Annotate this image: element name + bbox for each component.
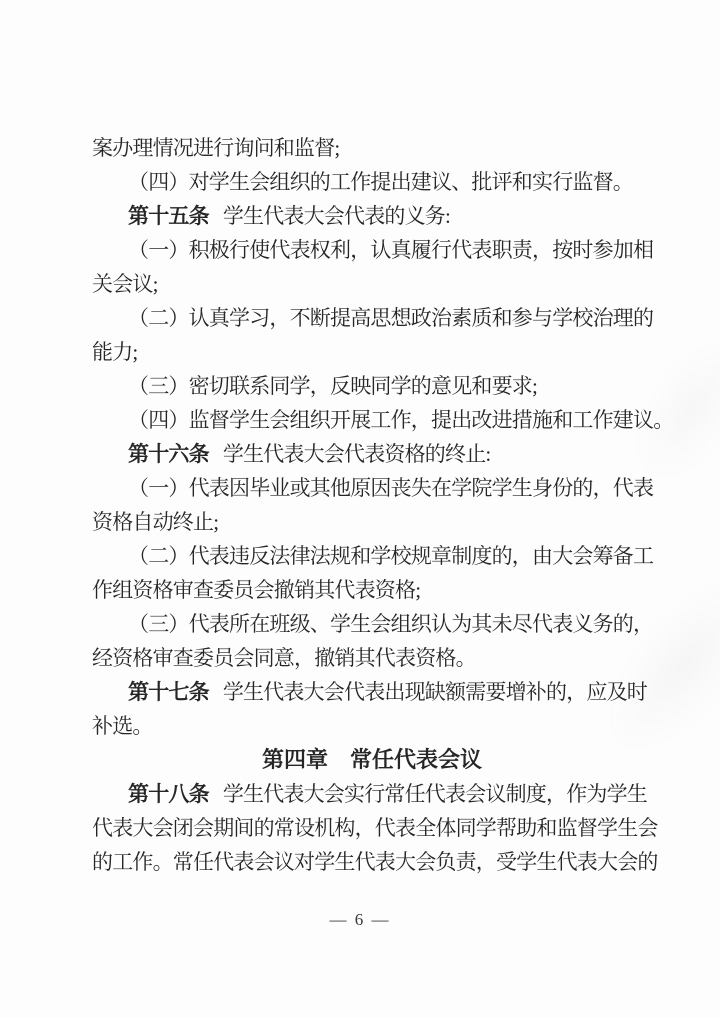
line-text: 作组资格审查委员会撤销其代表资格; [92, 578, 420, 602]
line-text: 代表大会闭会期间的常设机构，代表全体同学帮助和监督学生会 [92, 816, 658, 840]
article-number: 第十六条 [128, 442, 209, 466]
paragraph-line: 代表大会闭会期间的常设机构，代表全体同学帮助和监督学生会 [92, 811, 652, 845]
line-text: （二）认真学习，不断提高思想政治素质和参与学校治理的 [128, 306, 653, 330]
line-text: 关会议; [92, 272, 158, 296]
paragraph-line: 补选。 [92, 709, 652, 743]
paragraph-line: 的工作。常任代表会议对学生代表大会负责，受学生代表大会的 [92, 845, 652, 879]
paragraph-line: （一）积极行使代表权利，认真履行代表职责，按时参加相 [92, 233, 652, 267]
paragraph-line: 经资格审查委员会同意，撤销其代表资格。 [92, 641, 652, 675]
paragraph-line: （二）代表违反法律法规和学校规章制度的，由大会筹备工 [92, 539, 652, 573]
line-text: 学生代表大会代表的义务: [223, 204, 450, 228]
line-text: 学生代表大会实行常任代表会议制度，作为学生 [223, 782, 647, 806]
paragraph-line: （四）对学生会组织的工作提出建议、批评和实行监督。 [92, 165, 652, 199]
document-page: 案办理情况进行询问和监督; （四）对学生会组织的工作提出建议、批评和实行监督。 … [0, 0, 720, 1018]
line-text: 案办理情况进行询问和监督; [92, 136, 339, 160]
paragraph-line: （三）代表所在班级、学生会组织认为其未尽代表义务的， [92, 607, 652, 641]
paragraph-line: 资格自动终止; [92, 505, 652, 539]
paragraph-line: （四）监督学生会组织开展工作，提出改进措施和工作建议。 [92, 403, 652, 437]
paragraph-line: 案办理情况进行询问和监督; [92, 131, 652, 165]
line-text: （三）代表所在班级、学生会组织认为其未尽代表义务的， [128, 612, 653, 636]
paragraph-line: （一）代表因毕业或其他原因丧失在学院学生身份的，代表 [92, 471, 652, 505]
line-text: （四）对学生会组织的工作提出建议、批评和实行监督。 [128, 170, 633, 194]
article-number: 第十七条 [128, 680, 209, 704]
page-number: — 6 — [0, 903, 720, 937]
document-body: 案办理情况进行询问和监督; （四）对学生会组织的工作提出建议、批评和实行监督。 … [92, 131, 652, 879]
line-text: 经资格审查委员会同意，撤销其代表资格。 [92, 646, 476, 670]
paragraph-line: （三）密切联系同学，反映同学的意见和要求; [92, 369, 652, 403]
line-text: 的工作。常任代表会议对学生代表大会负责，受学生代表大会的 [92, 850, 658, 874]
paragraph-line: 关会议; [92, 267, 652, 301]
line-text: （三）密切联系同学，反映同学的意见和要求; [128, 374, 537, 398]
line-text: 学生代表大会代表资格的终止: [223, 442, 491, 466]
line-text: 能力; [92, 340, 137, 364]
line-text: 补选。 [92, 714, 153, 738]
chapter-heading-text: 第四章 常任代表会议 [262, 747, 482, 772]
article-18-heading-line: 第十八条学生代表大会实行常任代表会议制度，作为学生 [92, 777, 652, 811]
article-16-heading-line: 第十六条学生代表大会代表资格的终止: [92, 437, 652, 471]
line-text: （一）积极行使代表权利，认真履行代表职责，按时参加相 [128, 238, 653, 262]
paragraph-line: 作组资格审查委员会撤销其代表资格; [92, 573, 652, 607]
article-number: 第十八条 [128, 782, 209, 806]
line-text: 学生代表大会代表出现缺额需要增补的，应及时 [223, 680, 647, 704]
line-text: （一）代表因毕业或其他原因丧失在学院学生身份的，代表 [128, 476, 653, 500]
chapter-4-heading: 第四章 常任代表会议 [92, 743, 652, 777]
paragraph-line: 能力; [92, 335, 652, 369]
line-text: 资格自动终止; [92, 510, 218, 534]
line-text: （二）代表违反法律法规和学校规章制度的，由大会筹备工 [128, 544, 653, 568]
article-17-heading-line: 第十七条学生代表大会代表出现缺额需要增补的，应及时 [92, 675, 652, 709]
paragraph-line: （二）认真学习，不断提高思想政治素质和参与学校治理的 [92, 301, 652, 335]
article-number: 第十五条 [128, 204, 209, 228]
article-15-heading-line: 第十五条学生代表大会代表的义务: [92, 199, 652, 233]
line-text: （四）监督学生会组织开展工作，提出改进措施和工作建议。 [128, 408, 673, 432]
